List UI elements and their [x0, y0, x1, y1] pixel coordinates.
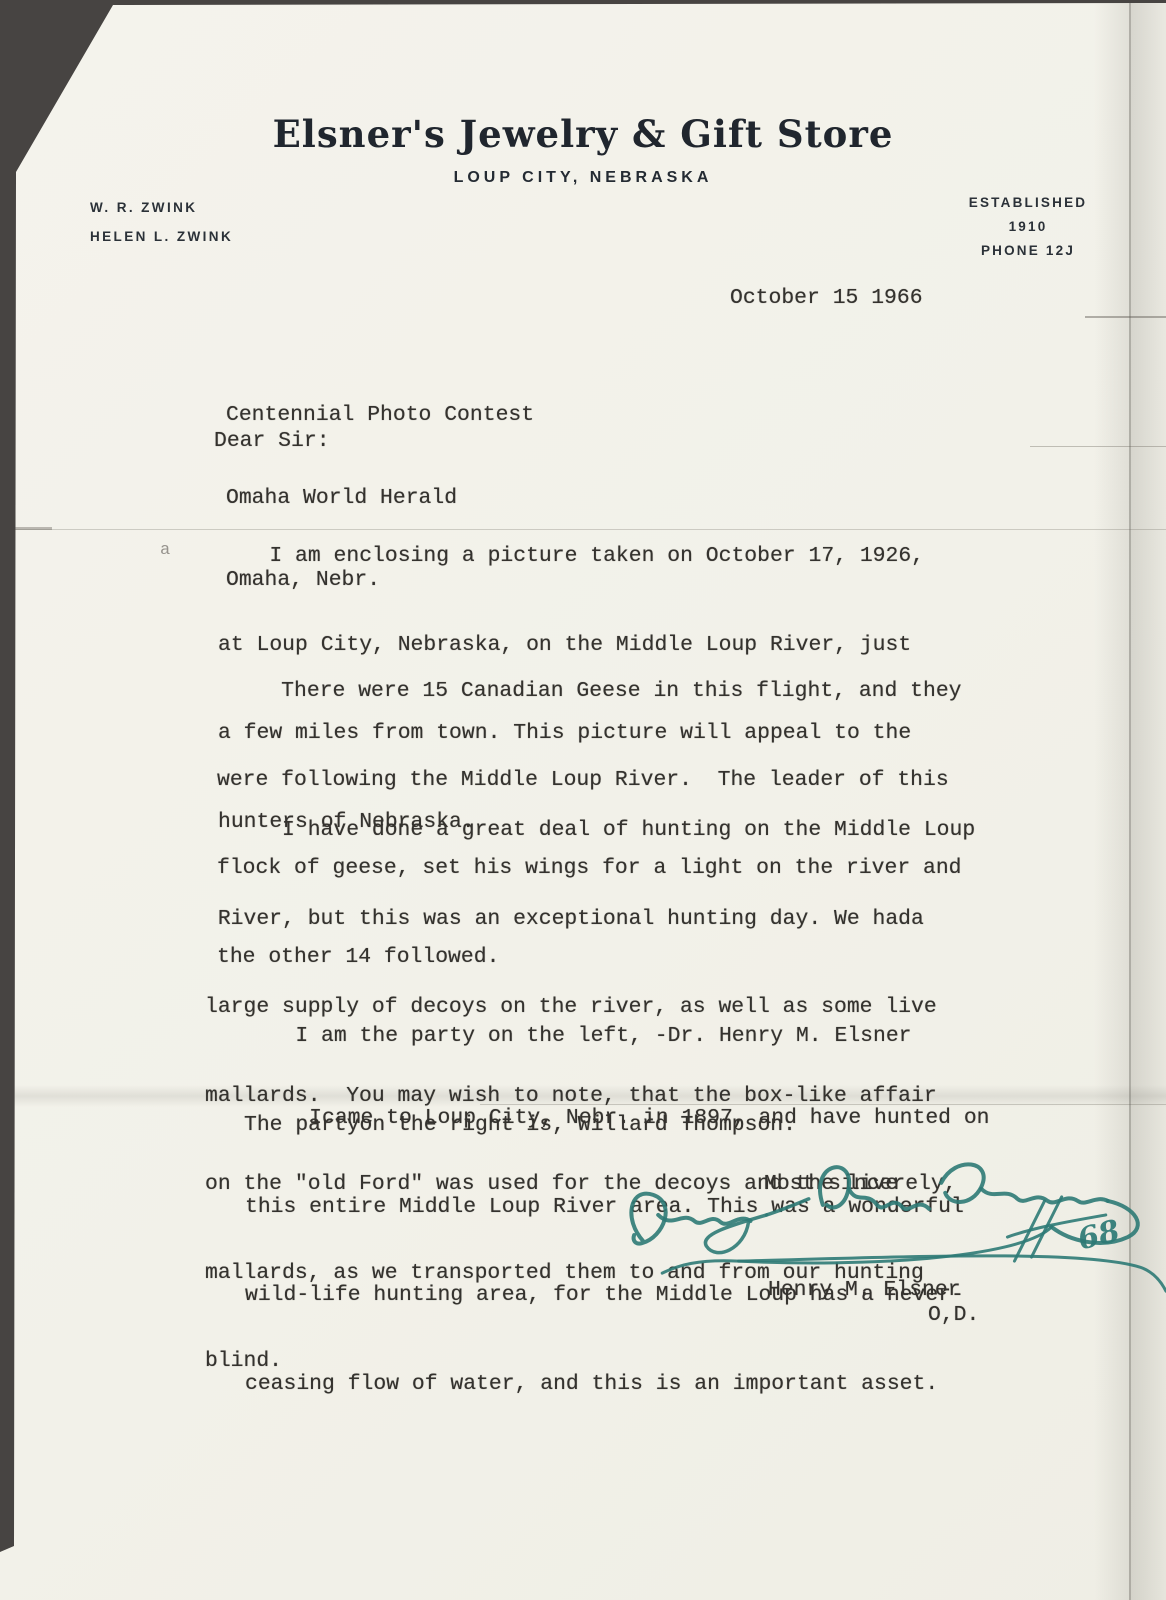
letterhead-location: LOUP CITY, NEBRASKA	[0, 169, 1166, 187]
vertical-fold-shadow	[1094, 0, 1129, 1600]
body-line: ceasing flow of water, and this is an im…	[245, 1370, 990, 1400]
body-line: River, but this was an exceptional hunti…	[205, 905, 975, 935]
letter-paper: Elsner's Jewelry & Gift Store LOUP CITY,…	[0, 0, 1166, 1600]
recipient-line: Centennial Photo Contest	[226, 402, 534, 430]
credentials: O,D.	[928, 1303, 979, 1327]
body-line: I am enclosing a picture taken on Octobe…	[218, 542, 924, 572]
owner-line-1: W. R. ZWINK	[90, 193, 233, 222]
margin-stray-mark: a	[160, 541, 170, 560]
scan-background: { "colors": { "scan_background": "#47444…	[0, 0, 1166, 1600]
vertical-fold-crease	[1129, 0, 1131, 1600]
owner-line-2: HELEN L. ZWINK	[90, 222, 233, 251]
body-line: I have done a great deal of hunting on t…	[205, 816, 975, 846]
right-edge-crease-1	[1085, 316, 1166, 318]
letterhead-business-name: Elsner's Jewelry & Gift Store	[0, 112, 1166, 156]
typed-name: Henry M. Elsner	[768, 1278, 961, 1302]
letterhead-owners: W. R. ZWINK HELEN L. ZWINK	[90, 193, 233, 251]
salutation: Dear Sir:	[214, 429, 330, 453]
body-line: There were 15 Canadian Geese in this fli…	[217, 677, 962, 707]
established-line: ESTABLISHED	[962, 191, 1094, 215]
body-line: Icame to Loup City, Nebr. in 1897, and h…	[245, 1104, 990, 1134]
vertical-fold-band	[1131, 0, 1166, 1600]
established-phone: PHONE 12J	[962, 239, 1094, 263]
established-year: 1910	[962, 215, 1094, 239]
right-edge-crease-2	[1030, 446, 1166, 447]
horizontal-fold-crease-upper-left	[0, 527, 52, 530]
date-line: October 15 1966	[730, 286, 923, 310]
letterhead-established-block: ESTABLISHED 1910 PHONE 12J	[962, 191, 1094, 263]
